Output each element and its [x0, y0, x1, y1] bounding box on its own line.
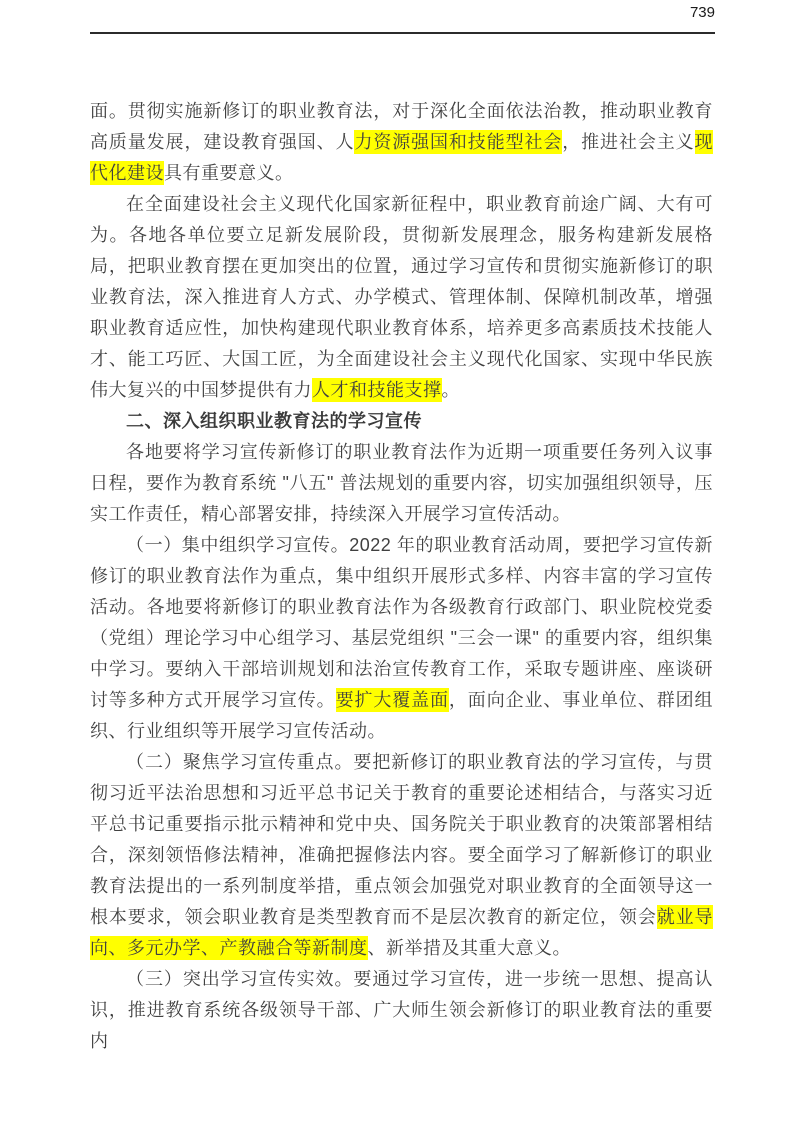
text-segment: 、新举措及其重大意义。 [368, 938, 572, 958]
highlighted-text: 力资源强国和技能型社会 [354, 130, 562, 154]
text-segment: （三）突出学习宣传实效。要通过学习宣传，进一步统一思想、提高认识，推进教育系统各… [90, 969, 713, 1051]
header-rule [90, 32, 715, 34]
document-content: 面。贯彻实施新修订的职业教育法，对于深化全面依法治教，推动职业教育高质量发展，建… [90, 96, 713, 1057]
text-segment: 。 [442, 380, 461, 400]
paragraph: 在全面建设社会主义现代化国家新征程中，职业教育前途广阔、大有可为。各地各单位要立… [90, 189, 713, 406]
text-segment: （二）聚焦学习宣传重点。要把新修订的职业教育法的学习宣传，与贯彻习近平法治思想和… [90, 752, 713, 927]
text-segment: 各地要将学习宣传新修订的职业教育法作为近期一项重要任务列入议事日程，要作为教育系… [90, 442, 713, 524]
page-number: 739 [90, 0, 715, 22]
paragraph: （一）集中组织学习宣传。2022 年的职业教育活动周，要把学习宣传新修订的职业教… [90, 530, 713, 747]
paragraph: （二）聚焦学习宣传重点。要把新修订的职业教育法的学习宣传，与贯彻习近平法治思想和… [90, 747, 713, 964]
paragraph: （三）突出学习宣传实效。要通过学习宣传，进一步统一思想、提高认识，推进教育系统各… [90, 964, 713, 1057]
text-segment: ，推进社会主义 [562, 132, 694, 152]
highlighted-text: 要扩大覆盖面 [336, 688, 449, 712]
text-segment: （一）集中组织学习宣传。2022 年的职业教育活动周，要把学习宣传新修订的职业教… [90, 535, 713, 710]
paragraph: 各地要将学习宣传新修订的职业教育法作为近期一项重要任务列入议事日程，要作为教育系… [90, 437, 713, 530]
page-header: 739 [90, 0, 715, 34]
text-segment: 具有重要意义。 [164, 163, 294, 183]
paragraph: 面。贯彻实施新修订的职业教育法，对于深化全面依法治教，推动职业教育高质量发展，建… [90, 96, 713, 189]
section-heading: 二、深入组织职业教育法的学习宣传 [90, 406, 713, 437]
highlighted-text: 人才和技能支撑 [312, 378, 442, 402]
document-page: 739 面。贯彻实施新修订的职业教育法，对于深化全面依法治教，推动职业教育高质量… [0, 0, 793, 1122]
text-segment: 二、深入组织职业教育法的学习宣传 [126, 411, 422, 431]
text-segment: 在全面建设社会主义现代化国家新征程中，职业教育前途广阔、大有可为。各地各单位要立… [90, 194, 713, 400]
